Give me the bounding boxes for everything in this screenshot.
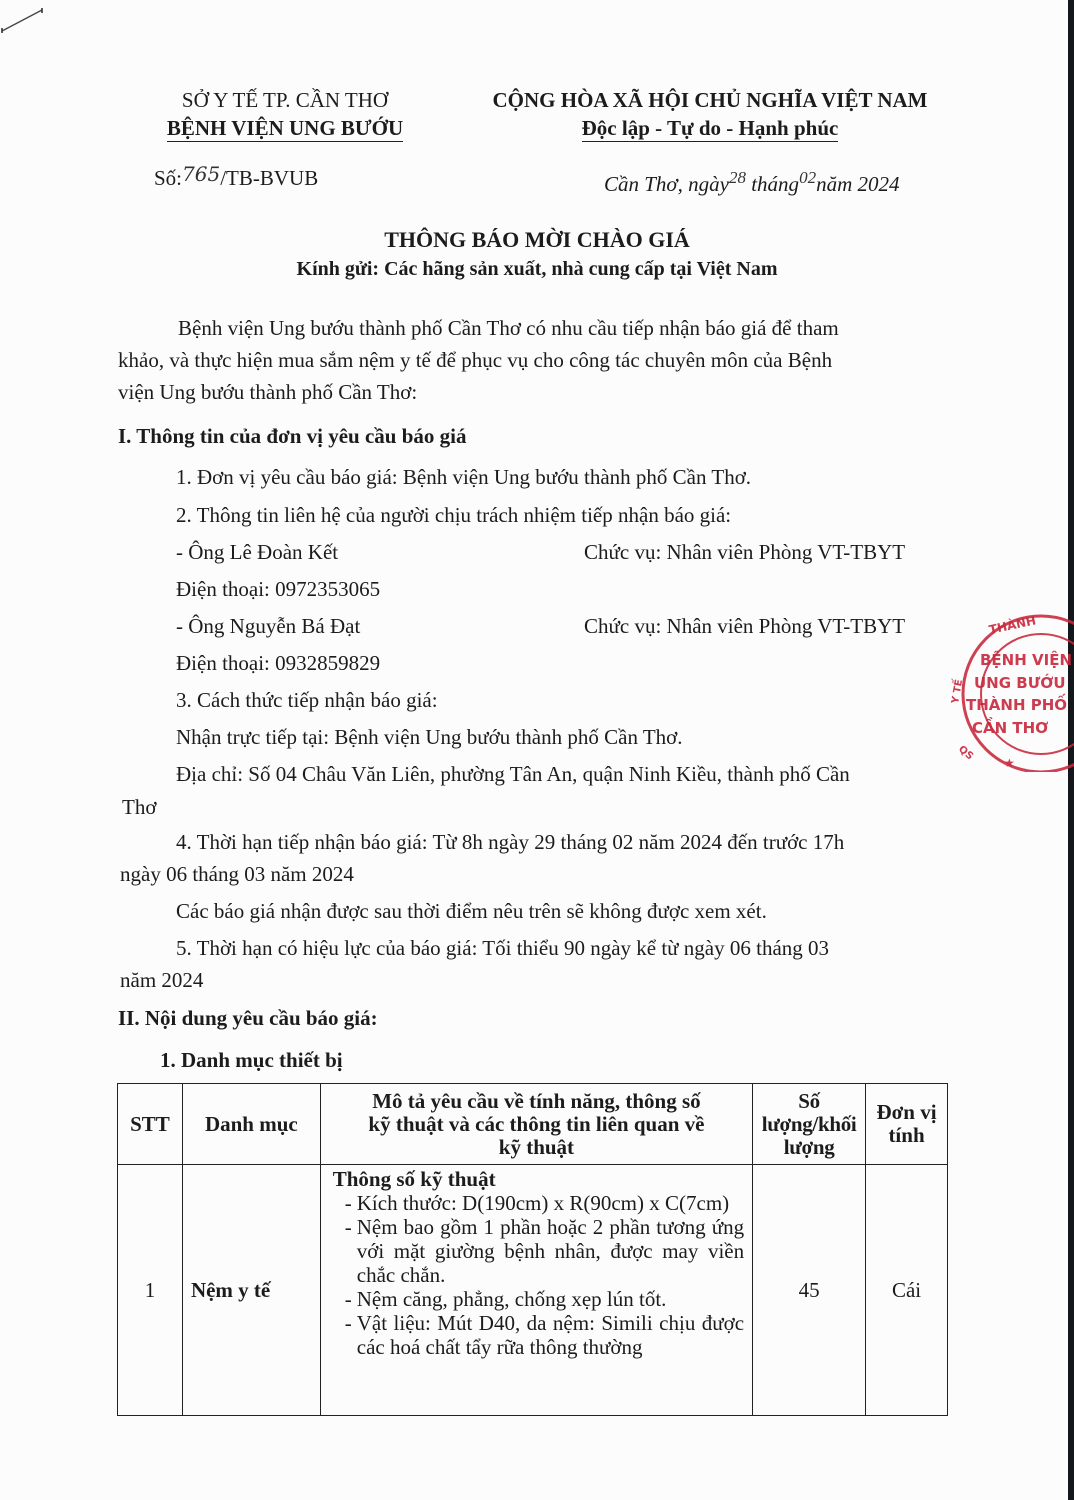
handwritten-month: 02 bbox=[799, 168, 816, 187]
document-number: Số:765/TB-BVUB bbox=[154, 166, 318, 191]
section-1-item-1: 1. Đơn vị yêu cầu báo giá: Bệnh viện Ung… bbox=[176, 465, 751, 490]
handwritten-number: 765 bbox=[182, 162, 220, 186]
spec-item: Vật liệu: Mút D40, da nệm: Simili chịu đ… bbox=[345, 1311, 744, 1359]
agency-name: SỞ Y TẾ TP. CẦN THƠ bbox=[140, 86, 430, 114]
table-row: 1 Nệm y tế Thông số kỹ thuật Kích thước:… bbox=[118, 1165, 948, 1416]
intro-line-3: viện Ung bướu thành phố Cần Thơ: bbox=[118, 380, 417, 405]
national-header: CỘNG HÒA XÃ HỘI CHỦ NGHĨA VIỆT NAM Độc l… bbox=[440, 86, 980, 142]
validity-line-2: năm 2024 bbox=[120, 968, 203, 993]
section-1-item-2: 2. Thông tin liên hệ của người chịu trác… bbox=[176, 503, 731, 528]
address-line-2: Thơ bbox=[122, 795, 156, 820]
table-header-row: STT Danh mục Mô tả yêu cầu về tính năng,… bbox=[118, 1084, 948, 1165]
row-quantity: 45 bbox=[753, 1165, 866, 1416]
deadline-line-1: 4. Thời hạn tiếp nhận báo giá: Từ 8h ngà… bbox=[176, 830, 844, 855]
deadline-note: Các báo giá nhận được sau thời điểm nêu … bbox=[176, 899, 767, 924]
national-motto: Độc lập - Tự do - Hạnh phúc bbox=[582, 115, 839, 142]
hospital-name: BỆNH VIỆN UNG BƯỚU bbox=[140, 114, 430, 142]
contact-2-position: Chức vụ: Nhân viên Phòng VT-TBYT bbox=[584, 614, 905, 639]
handwritten-day: 28 bbox=[729, 168, 746, 187]
col-header-category: Danh mục bbox=[182, 1084, 320, 1165]
equipment-table: STT Danh mục Mô tả yêu cầu về tính năng,… bbox=[117, 1083, 948, 1416]
official-stamp: THÀNH Y TẾ BỆNH VIỆN UNG BƯỚU THÀNH PHỐ … bbox=[946, 612, 1074, 772]
nation-title: CỘNG HÒA XÃ HỘI CHỦ NGHĨA VIỆT NAM bbox=[440, 86, 980, 114]
svg-text:THÀNH PHỐ: THÀNH PHỐ bbox=[966, 693, 1067, 714]
svg-text:CẦN THƠ: CẦN THƠ bbox=[972, 716, 1048, 737]
row-description: Thông số kỹ thuật Kích thước: D(190cm) x… bbox=[320, 1165, 752, 1416]
validity-line-1: 5. Thời hạn có hiệu lực của báo giá: Tối… bbox=[176, 936, 829, 961]
receive-location: Nhận trực tiếp tại: Bệnh viện Ung bướu t… bbox=[176, 725, 683, 750]
address-line-1: Địa chỉ: Số 04 Châu Văn Liên, phường Tân… bbox=[176, 762, 850, 787]
document-title: THÔNG BÁO MỜI CHÀO GIÁ bbox=[0, 227, 1074, 253]
row-stt: 1 bbox=[118, 1165, 183, 1416]
deadline-line-2: ngày 06 tháng 03 năm 2024 bbox=[120, 862, 354, 887]
svg-text:★: ★ bbox=[1004, 756, 1015, 770]
row-unit: Cái bbox=[866, 1165, 948, 1416]
intro-line-2: khảo, và thực hiện mua sắm nệm y tế để p… bbox=[118, 348, 832, 373]
spec-item: Nệm bao gồm 1 phần hoặc 2 phần tương ứng… bbox=[345, 1215, 744, 1287]
spec-item: Nệm căng, phẳng, chống xẹp lún tốt. bbox=[345, 1287, 744, 1311]
spec-list: Kích thước: D(190cm) x R(90cm) x C(7cm) … bbox=[333, 1191, 744, 1359]
scan-mark bbox=[0, 0, 50, 40]
equipment-list-heading: 1. Danh mục thiết bị bbox=[160, 1048, 343, 1073]
svg-text:QS: QS bbox=[956, 744, 975, 763]
contact-2-phone: Điện thoại: 0932859829 bbox=[176, 651, 380, 676]
contact-1-position: Chức vụ: Nhân viên Phòng VT-TBYT bbox=[584, 540, 905, 565]
svg-text:THÀNH: THÀNH bbox=[988, 612, 1038, 637]
col-header-unit: Đơn vị tính bbox=[866, 1084, 948, 1165]
intro-line-1: Bệnh viện Ung bướu thành phố Cần Thơ có … bbox=[178, 316, 839, 341]
stamp-seal-icon: THÀNH Y TẾ BỆNH VIỆN UNG BƯỚU THÀNH PHỐ … bbox=[946, 612, 1074, 772]
row-category: Nệm y tế bbox=[182, 1165, 320, 1416]
svg-text:BỆNH VIỆN: BỆNH VIỆN bbox=[980, 649, 1072, 669]
contact-1-name: - Ông Lê Đoàn Kết bbox=[176, 540, 338, 565]
svg-text:UNG BƯỚU: UNG BƯỚU bbox=[974, 673, 1066, 692]
section-1-heading: I. Thông tin của đơn vị yêu cầu báo giá bbox=[118, 424, 467, 449]
contact-1-phone: Điện thoại: 0972353065 bbox=[176, 577, 380, 602]
col-header-quantity: Số lượng/khối lượng bbox=[753, 1084, 866, 1165]
spec-title: Thông số kỹ thuật bbox=[333, 1167, 744, 1191]
section-1-item-3: 3. Cách thức tiếp nhận báo giá: bbox=[176, 688, 438, 713]
contact-2-name: - Ông Nguyễn Bá Đạt bbox=[176, 614, 360, 639]
document-date: Cần Thơ, ngày28 tháng02năm 2024 bbox=[604, 172, 899, 197]
col-header-stt: STT bbox=[118, 1084, 183, 1165]
section-2-heading: II. Nội dung yêu cầu báo giá: bbox=[118, 1006, 378, 1031]
spec-item: Kích thước: D(190cm) x R(90cm) x C(7cm) bbox=[345, 1191, 744, 1215]
recipient-line: Kính gửi: Các hãng sản xuất, nhà cung cấ… bbox=[0, 258, 1074, 281]
issuer-block: SỞ Y TẾ TP. CẦN THƠ BỆNH VIỆN UNG BƯỚU bbox=[140, 86, 430, 142]
col-header-description: Mô tả yêu cầu về tính năng, thông số kỹ … bbox=[320, 1084, 752, 1165]
